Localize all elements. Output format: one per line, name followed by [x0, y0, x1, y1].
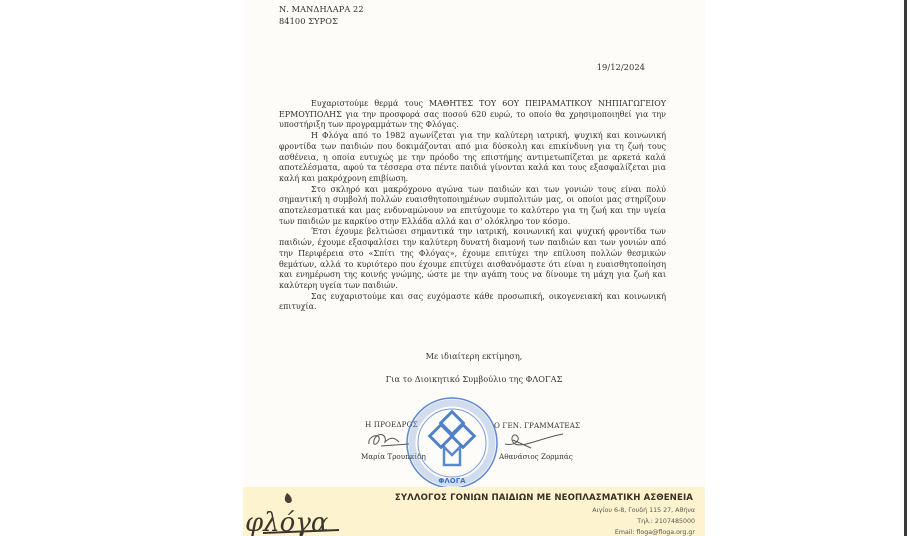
board-line: Για το Διοικητικό Συμβούλιο της ΦΛΟΓΑΣ: [243, 374, 705, 384]
organization-email: Email: floga@floga.org.gr: [615, 529, 695, 536]
organization-phone: Τηλ.: 2107485000: [637, 518, 695, 525]
recipient-address: 6ΟΥ ΠΕΙΡΑΜΑΤΙΚΟΥ ΝΗΠΙΑΓΩΓΕΙΟΥ ΕΡΜΟΥΠΟΛΗΣ…: [279, 0, 512, 27]
letter-page: ΑΘΗΝΑ, ... 6ΟΥ ΠΕΙΡΑΜΑΤΙΚΟΥ ΝΗΠΙΑΓΩΓΕΙΟΥ…: [243, 0, 705, 536]
secretary-name: Αθανάσιος Ζορμπάς: [499, 452, 573, 461]
paragraph-3: Στο σκληρό και μακρόχρονο αγώνα των παιδ…: [279, 185, 666, 228]
recipient-line-3: 84100 ΣΥΡΟΣ: [279, 16, 512, 28]
organization-address: Αιγίου 6-8, Γουδή 115 27, Αθήνα: [592, 507, 695, 514]
recipient-line-2: Ν. ΜΑΝΔΗΛΑΡΑ 22: [279, 4, 512, 16]
organization-name: ΣΥΛΛΟΓΟΣ ΓΟΝΙΩΝ ΠΑΙΔΙΩΝ ΜΕ ΝΕΟΠΛΑΣΜΑΤΙΚΗ…: [395, 493, 693, 503]
letterhead-footer: φλόγα ΣΥΛΛΟΓΟΣ ΓΟΝΙΩΝ ΠΑΙΔΙΩΝ ΜΕ ΝΕΟΠΛΑΣ…: [243, 487, 705, 536]
stamp-icon: ΦΛΟΓΑ: [404, 395, 500, 491]
paragraph-1: Ευχαριστούμε θερμά τους ΜΑΘΗΤΕΣ ΤΟΥ 6ΟΥ …: [279, 99, 666, 131]
top-right-clipped-text: ΑΘΗΝΑ, ...: [642, 0, 687, 1]
paragraph-5: Σας ευχαριστούμε και σας ευχόμαστε κάθε …: [279, 292, 666, 313]
closing-salutation: Με ιδιαίτερη εκτίμηση,: [243, 351, 705, 361]
letter-body: Ευχαριστούμε θερμά τους ΜΑΘΗΤΕΣ ΤΟΥ 6ΟΥ …: [279, 99, 666, 313]
paragraph-2: Η Φλόγα από το 1982 αγωνίζεται για την κ…: [279, 131, 666, 185]
secretary-signature-icon: [501, 428, 567, 452]
paragraph-4: Έτσι έχουμε βελτιώσει σημαντικά την ιατρ…: [279, 227, 666, 291]
floga-logo-icon: φλόγα: [243, 489, 343, 536]
letter-date: 19/12/2024: [597, 62, 645, 72]
stamp-text: ΦΛΟΓΑ: [438, 477, 466, 485]
